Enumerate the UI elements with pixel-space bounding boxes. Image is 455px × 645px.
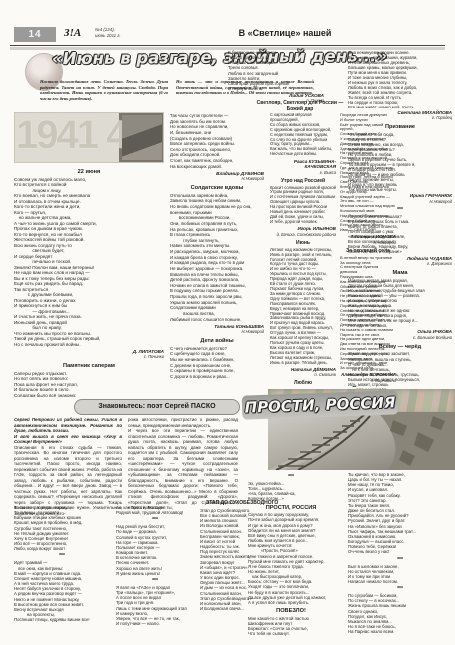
column-c: С картошкой мёрзлой прошлогодней, Со сбо… [270, 113, 336, 387]
issue-info: №4 (224), июнь 2011 г. [95, 27, 121, 38]
collage-photo-fragment [122, 115, 162, 160]
column-d: Посреди лесов дремучих И болот глухих Бь… [340, 113, 396, 387]
poem-lines: К берёзоньке-красавице Люблю прижаться я… [228, 50, 324, 91]
asterisk-separator: *** [14, 553, 110, 559]
poem-lines: Мне какой-то с жёлтой пастью Шизофреник … [248, 616, 334, 637]
poem-lines: Саперы редко отдыхают. Но вот опять им п… [14, 371, 164, 397]
byline-place: с. Починки [14, 355, 164, 360]
intro-paragraph-left: Настало долгожданное лето. Солнечно. Теп… [40, 79, 168, 102]
poem-lines: Ты кричал, что вор в законе, Царь и бог.… [348, 472, 452, 555]
bio-column-2: рожа автостоянки, пристрастие к рюмке, р… [128, 417, 238, 511]
poem-lines: Эх, улюко-пейка... Толи... щурилась... «… [248, 481, 334, 502]
poem-lines: Скучаю я по шуму городскому, Почти забыл… [248, 512, 334, 605]
poem-title: Дети войны [170, 338, 264, 344]
section-title: В «Светлице» нашей [200, 28, 370, 38]
asterisk-separator: *** [348, 557, 452, 563]
newspaper-page: 14 З!А №4 (224), июнь 2011 г. В «Светлиц… [0, 0, 455, 645]
poem-title: Люблю [270, 381, 336, 387]
poem-title: ПРОСТИ, РОССИЯ [248, 505, 334, 511]
byline-place: Н.Новгород [170, 177, 264, 182]
asterisk-separator: *** [116, 517, 194, 523]
poem-lines: Над рекой луна блестит, По воде — дорожк… [116, 524, 194, 576]
poem-lines: Совсем уж людей осталось мало, Кто встре… [14, 177, 164, 348]
poem-lines: Она неминуемо сродни осанне. Вы — нивы, … [348, 50, 452, 108]
poem-title: Утро над Россией [270, 179, 336, 185]
byline-place: г. Выкса [270, 171, 336, 176]
poem-title: Июнь [270, 241, 336, 247]
byline-place: д. Бочиха, Сосновского района [270, 233, 336, 238]
byline-place: Н.Новгород [170, 330, 264, 335]
bottom-column-1: То ли снег, то вновь пороша, То лужицы, … [14, 505, 110, 640]
poem-lines: С картошкой мёрзлой прошлогодней, Со сбо… [270, 113, 336, 157]
poem-title: Памятник саперам [14, 363, 164, 369]
poem-title: ПОВЕЗЛО! [248, 608, 334, 614]
byline-author: Д. ЛИПАТОВА [14, 349, 164, 355]
poem-lines: Посреди лесов дремучих И болот глухих Бь… [340, 113, 396, 233]
poem-lines: Так часы суток пролетели — Дом заселять … [170, 113, 264, 169]
poem-lines: Летают над жасмином стрекозы, Июнь в раз… [270, 248, 336, 366]
poem-svetloyar-title-block: Светлояр, Светлояр для России — Божий да… [250, 98, 350, 114]
page-number-box: 14 [14, 27, 56, 42]
poem-osanna-column: Она неминуемо сродни осанне. Вы — нивы, … [348, 50, 452, 108]
poem-title: Светлояр, Светлояр для России — Божий да… [250, 101, 350, 112]
byline-place: п. Варнавино [340, 379, 396, 384]
poem-lines: Отполыхала заревом война, Зависла тишина… [170, 193, 264, 322]
poem-title: Солдатские вдовы [170, 185, 264, 191]
byline-author: Игорь ИЛЬИНОВ [270, 226, 336, 232]
column-a: 22 июня Совсем уж людей осталось мало, К… [14, 166, 164, 397]
poem-title: За околицей села [340, 249, 396, 255]
poem-lines: Я взял на «ГАЗе» и продал Три «пальца», … [116, 585, 194, 626]
bottom-column-4: *** Эх, улюко-пейка... Толи... щурилась.… [248, 472, 334, 643]
bio-column-1: Сергей Петрович из рабочей семьи. Учился… [14, 417, 122, 516]
poem-lines: Красит солнышко розовой краской Утром ра… [270, 186, 336, 225]
byline-place: Н.Новгород [340, 241, 396, 246]
bottom-column-5: Ты кричал, что вор в законе, Царь и бог.… [348, 472, 452, 643]
asterisk-separator: *** [116, 578, 194, 584]
asterisk-separator: *** [248, 474, 334, 480]
asterisk-separator: *** [348, 586, 452, 592]
issue-date: июнь 2011 г. [95, 33, 121, 39]
byline-author: Раиса КУЗЬМИНА-КАЧКОВСКАЯ [270, 159, 336, 170]
poem-lines: По сугробам — босиком, По стеклу — в нос… [348, 593, 452, 634]
column-b: Так часы суток пролетели — Дом заселять … [170, 113, 264, 395]
bio-text: рожа автостоянки, пристрастие к рюмке, р… [128, 417, 238, 511]
poem-lines: То ли снег, то вновь пороша, То лужицы, … [14, 505, 110, 551]
bottom-column-2: Ах, как опять помолодел ты, Родной мой, … [116, 505, 194, 640]
byline-place: п. Смолино [270, 373, 336, 378]
newspaper-logo: З!А [64, 27, 81, 39]
poem-title: 22 июня [14, 169, 164, 175]
bio-lead: Сергей Петрович из рабочей семьи. Учился… [14, 417, 122, 445]
war-years-photo-collage: 1941 45 [14, 112, 164, 163]
poem-lines: Ах, как опять помолодел ты, Родной мой, … [116, 505, 194, 515]
poem-lines: Был в шеломах и законе, Но остался челов… [348, 564, 452, 585]
meet-poet-box: Знакомьтесь: поэт Сергей ПАСКО [74, 399, 240, 415]
railroad-photo-svg [268, 412, 455, 470]
poem-lines: Идёт трамвай — все окна, как витрины: В … [14, 560, 110, 622]
poem-lines: В летний вечер по тропинке За околицу се… [340, 256, 396, 371]
poem-lines: С чего начинается детство? С щебечущего … [170, 346, 264, 380]
railroad-photo [268, 412, 455, 470]
